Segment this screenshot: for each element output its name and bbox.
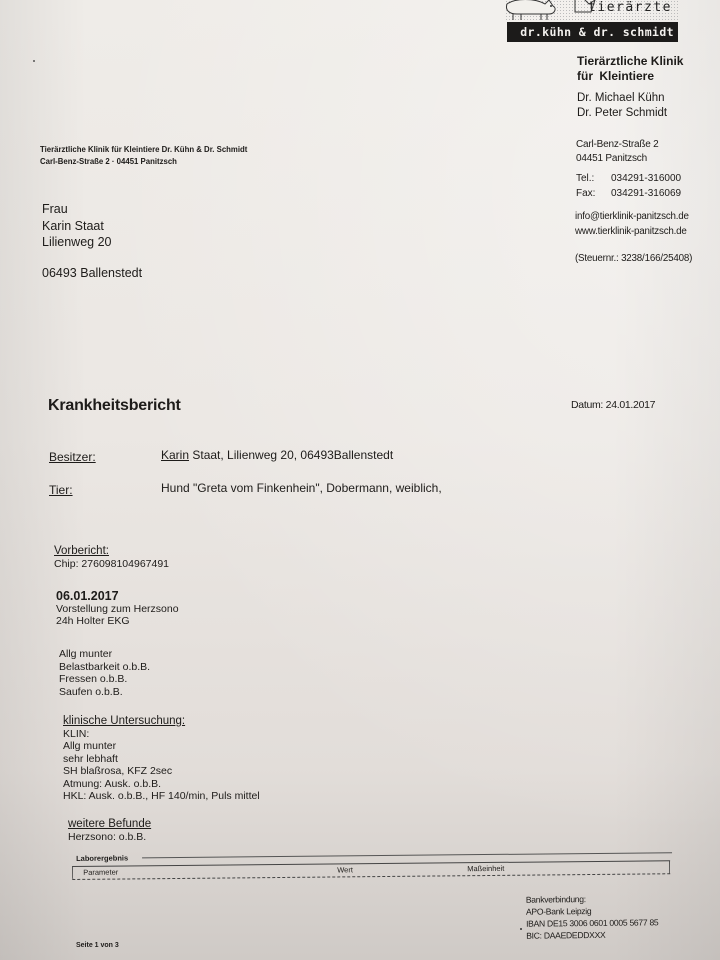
doctor-name: Dr. Peter Schmidt [577, 106, 667, 121]
lab-legend: Laborergebnis [76, 853, 128, 862]
phone-row: Tel.:034291-316000 [576, 171, 681, 186]
prereport-heading: Vorbericht: [54, 545, 169, 558]
clinic-name: Tierärztliche Klinik für Kleintiere [577, 54, 683, 84]
report-date: Datum: 24.01.2017 [571, 399, 655, 411]
animal-label: Tier: [49, 483, 73, 497]
chip-number: Chip: 276098104967491 [54, 558, 169, 571]
owner-value: Karin Staat, Lilienweg 20, 06493Ballenst… [161, 448, 393, 462]
tax-number: (Steuernr.: 3238/166/25408) [575, 253, 692, 264]
prereport-section: Vorbericht: Chip: 276098104967491 [54, 545, 169, 570]
logo-band: dr.kühn & dr. schmidt [507, 22, 678, 42]
page-number: Seite 1 von 3 [76, 942, 119, 949]
iban: IBAN DE15 3006 0601 0005 5677 85 [526, 916, 658, 929]
lab-table-header: Parameter Wert Maßeinheit [72, 860, 670, 880]
exam-section: klinische Untersuchung: KLIN: Allg munte… [63, 715, 260, 803]
general-condition: Allg munter Belastbarkeit o.b.B. Fressen… [59, 648, 150, 698]
exam-heading: klinische Untersuchung: [63, 715, 260, 728]
clinic-address: Carl-Benz-Straße 2 04451 Panitzsch [576, 138, 659, 166]
lab-col-parameter: Parameter [83, 868, 118, 877]
clinic-contact: Tel.:034291-316000 Fax:034291-316069 [576, 171, 681, 201]
paper-speck [520, 928, 522, 930]
website: www.tierklinik-panitzsch.de [575, 224, 689, 239]
animal-value: Hund "Greta vom Finkenhein", Dobermann, … [161, 481, 442, 495]
logo-wordmark: tierärzte [588, 0, 672, 15]
recipient-address: Frau Karin Staat Lilienweg 20 06493 Ball… [42, 201, 142, 281]
clinic-logo: tierärzte dr.kühn & dr. schmidt [505, 0, 678, 44]
owner-label: Besitzer: [49, 450, 96, 464]
logo-illustration: tierärzte [505, 0, 678, 20]
clinic-web: info@tierklinik-panitzsch.de www.tierkli… [575, 209, 689, 239]
bic: BIC: DAAEDEDDXXX [526, 928, 658, 941]
email: info@tierklinik-panitzsch.de [575, 209, 689, 224]
report-title: Krankheitsbericht [48, 397, 181, 415]
fax-row: Fax:034291-316069 [576, 186, 681, 201]
visit-date: 06.01.2017 [56, 590, 179, 603]
lab-results: Laborergebnis Parameter Wert Maßeinheit [72, 846, 672, 892]
visit-section: 06.01.2017 Vorstellung zum Herzsono 24h … [56, 590, 179, 628]
findings-section: weitere Befunde Herzsono: o.b.B. [68, 818, 151, 843]
findings-heading: weitere Befunde [68, 818, 151, 831]
bank-details: Bankverbindung: APO-Bank Leipzig IBAN DE… [526, 892, 659, 941]
phone-number: 034291-316000 [611, 173, 681, 184]
paper-speck [33, 60, 35, 62]
fax-number: 034291-316069 [611, 188, 681, 199]
doctor-list: Dr. Michael Kühn Dr. Peter Schmidt [577, 91, 667, 121]
sender-line: Tierärztliche Klinik für Kleintiere Dr. … [40, 144, 247, 168]
lab-col-unit: Maßeinheit [467, 864, 504, 873]
lab-divider [142, 852, 672, 858]
lab-col-value: Wert [337, 865, 353, 874]
doctor-name: Dr. Michael Kühn [577, 91, 667, 106]
